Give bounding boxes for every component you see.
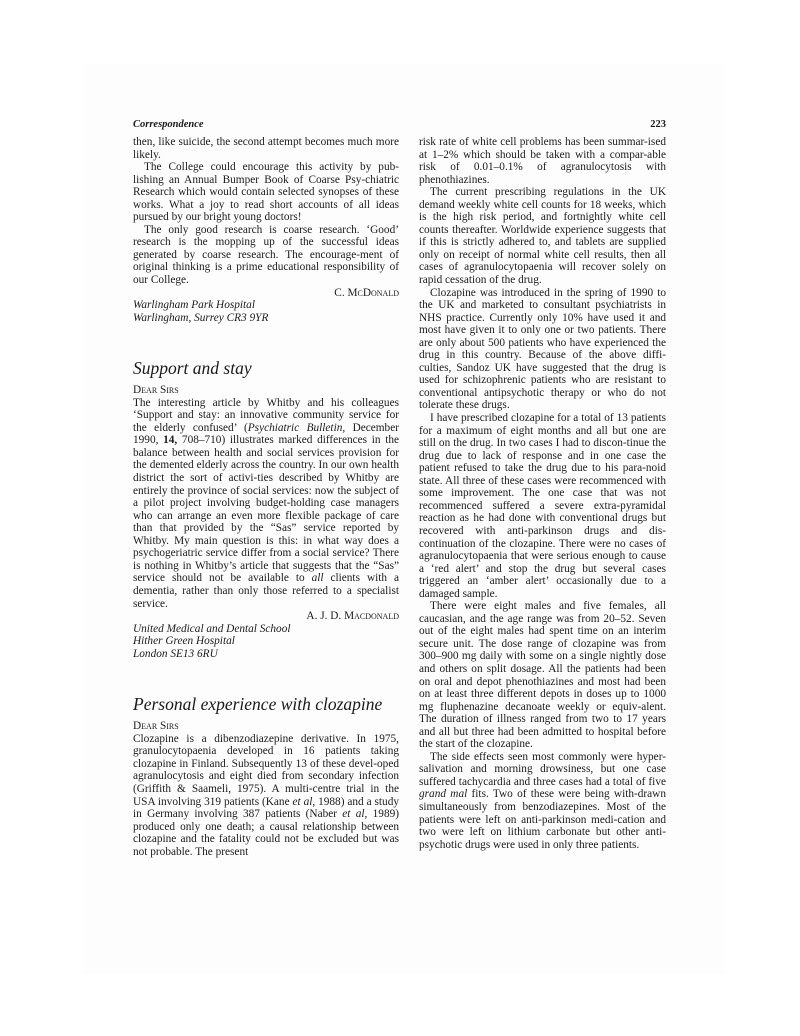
emphasis: grand mal	[419, 788, 467, 800]
paragraph: Clozapine was introduced in the spring o…	[419, 287, 666, 412]
page-number: 223	[650, 119, 666, 130]
running-head: Correspondence 223	[133, 119, 666, 133]
right-column: risk rate of white cell problems has bee…	[419, 136, 666, 851]
volume-number: 14,	[163, 434, 177, 446]
left-column: then, like suicide, the second attempt b…	[133, 136, 399, 858]
author-signature: C. McDonald	[133, 287, 399, 300]
section-title: Correspondence	[133, 119, 204, 130]
paragraph: The interesting article by Whitby and hi…	[133, 397, 399, 610]
text-run: 708–710) illustrates marked differences …	[133, 434, 399, 584]
paragraph: The current prescribing regulations in t…	[419, 186, 666, 286]
author-address-line: Warlingham, Surrey CR3 9YR	[133, 312, 399, 325]
letter-title: Personal experience with clozapine	[133, 694, 399, 714]
paragraph: risk rate of white cell problems has bee…	[419, 136, 666, 186]
author-signature: A. J. D. Macdonald	[133, 610, 399, 623]
emphasis: all	[312, 572, 324, 584]
salutation: Dear Sirs	[133, 720, 399, 733]
paragraph: Clozapine is a dibenzodiazepine derivati…	[133, 733, 399, 858]
author-address-line: Warlingham Park Hospital	[133, 299, 399, 312]
emphasis: et al	[342, 808, 364, 820]
author-address-line: London SE13 6RU	[133, 648, 399, 661]
paragraph: The only good research is coarse researc…	[133, 224, 399, 287]
paragraph: There were eight males and five females,…	[419, 600, 666, 751]
journal-name: Psychiatric Bulletin,	[248, 422, 345, 434]
text-run: The side effects seen most commonly were…	[419, 751, 666, 788]
author-address-line: Hither Green Hospital	[133, 635, 399, 648]
letter-title: Support and stay	[133, 358, 399, 378]
paragraph: The side effects seen most commonly were…	[419, 751, 666, 851]
salutation: Dear Sirs	[133, 384, 399, 397]
paragraph: then, like suicide, the second attempt b…	[133, 136, 399, 161]
paragraph: I have prescribed clozapine for a total …	[419, 412, 666, 600]
paragraph: The College could encourage this activit…	[133, 161, 399, 224]
emphasis: et al	[293, 796, 313, 808]
author-address-line: United Medical and Dental School	[133, 623, 399, 636]
